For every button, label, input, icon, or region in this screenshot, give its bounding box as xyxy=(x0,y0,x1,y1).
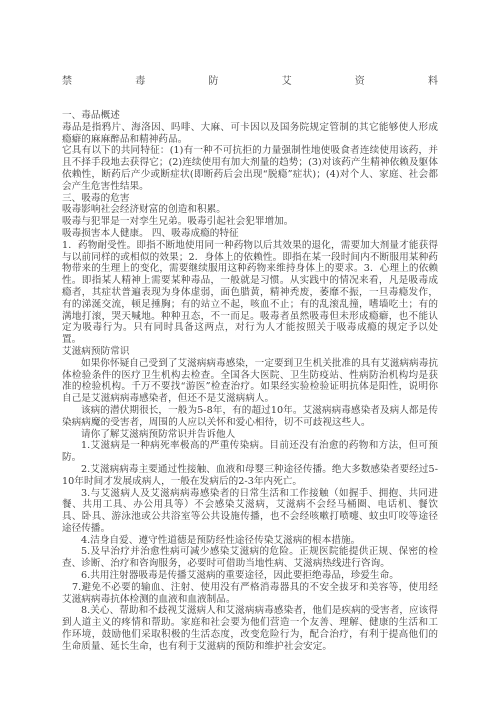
document-title: 禁 毒 防 艾 资 料 xyxy=(62,76,438,88)
list-item: 7.避免不必要的输血、注射、使用没有严格消毒器具的不安全拔牙和美容等，使用经艾滋… xyxy=(62,582,438,606)
paragraph: 吸毒与犯罪是一对孪生兄弟。吸毒引起社会犯罪增加。 xyxy=(62,216,438,228)
paragraph: 1．药物耐受性。即指不断地使用同一种药物以后其效果的退化，需要加大剂量才能获得与… xyxy=(62,240,438,346)
list-item: 2.艾滋病病毒主要通过性接触、血液和母婴三种途径传播。绝大多数感染者要经过5-1… xyxy=(62,464,438,488)
paragraph: 该病的潜伏期很长，一般为5-8年，有的超过10年。艾滋病病毒感染者及病人都是传染… xyxy=(62,405,438,429)
title-char: 料 xyxy=(428,76,438,88)
list-item: 8.关心、帮助和不歧视艾滋病人和艾滋病病毒感染者，他们是疾病的受害者，应该得到人… xyxy=(62,605,438,652)
document-page: 禁 毒 防 艾 资 料 一、毒品概述 毒品是指鸦片、海洛因、吗啡、大麻、可卡因以… xyxy=(62,76,438,653)
section-heading-drug-overview: 一、毒品概述 xyxy=(62,110,438,122)
document-body: 一、毒品概述 毒品是指鸦片、海洛因、吗啡、大麻、可卡因以及国务院规定管制的其它能… xyxy=(62,110,438,653)
paragraph: 吸毒损害本人健康。 四、吸毒成瘾的特征 xyxy=(62,228,438,240)
list-item: 3.与艾滋病人及艾滋病病毒感染者的日常生活和工作接触（如握手、拥抱、共同进餐、共… xyxy=(62,488,438,535)
list-item: 5.及早治疗并治愈性病可减少感染艾滋病的危险。正规医院能提供正规、保密的检查、诊… xyxy=(62,546,438,570)
paragraph: 如果你怀疑自己受到了艾滋病病毒感染，一定要到卫生机关批准的具有艾滋病病毒抗体检验… xyxy=(62,358,438,405)
paragraph: 毒品是指鸦片、海洛因、吗啡、大麻、可卡因以及国务院规定管制的其它能够使人形成瘾癖… xyxy=(62,122,438,146)
section-heading-aids-prevention: 艾滋病预防常识 xyxy=(62,346,438,358)
list-item: 1.艾滋病是一种病死率极高的严重传染病。目前还没有治愈的药物和方法，但可预防。 xyxy=(62,440,438,464)
title-char: 艾 xyxy=(282,76,292,88)
paragraph: 请你了解艾滋病预防常识并告诉他人 xyxy=(62,429,438,441)
paragraph: 它具有以下的共同特征：(1)有一种不可抗拒的力量强制性地使吸食者连续使用该药，并… xyxy=(62,145,438,192)
title-char: 毒 xyxy=(135,76,145,88)
list-item: 4.洁身自爱、遵守性道德是预防经性途径传染艾滋病的根本措施。 xyxy=(62,535,438,547)
list-item: 6.共用注射器吸毒是传播艾滋病的重要途径，因此要拒绝毒品，珍爱生命。 xyxy=(62,570,438,582)
section-heading-drug-harm: 三、吸毒的危害 xyxy=(62,193,438,205)
title-char: 禁 xyxy=(62,76,72,88)
title-char: 资 xyxy=(355,76,365,88)
paragraph: 吸毒影响社会经济财富的创造和积累。 xyxy=(62,204,438,216)
title-char: 防 xyxy=(208,76,218,88)
